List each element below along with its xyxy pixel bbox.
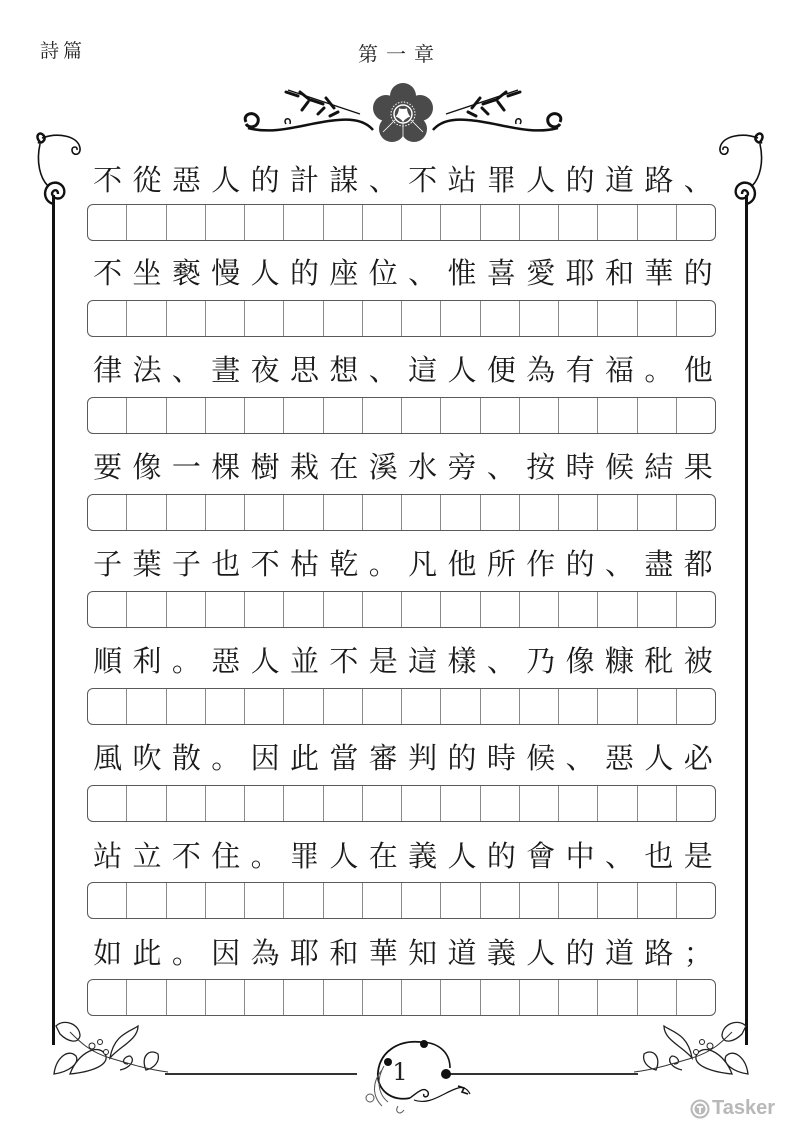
scripture-char: 罪	[482, 160, 521, 200]
scripture-char: 子	[88, 544, 127, 584]
scripture-char: 人	[442, 836, 481, 876]
writing-grid-cell[interactable]	[677, 495, 715, 530]
writing-grid-cell[interactable]	[88, 883, 127, 918]
writing-grid-cell[interactable]	[363, 592, 402, 627]
writing-grid-cell[interactable]	[363, 301, 402, 336]
writing-grid-cell[interactable]	[88, 592, 127, 627]
scripture-char: 此	[285, 738, 324, 778]
writing-grid-cell[interactable]	[284, 592, 323, 627]
writing-grid-cell[interactable]	[481, 205, 520, 240]
writing-grid-cell[interactable]	[88, 495, 127, 530]
writing-grid-cell[interactable]	[441, 786, 480, 821]
scripture-char: 謀	[324, 160, 363, 200]
writing-grid-cell[interactable]	[559, 980, 598, 1015]
writing-grid-cell[interactable]	[598, 786, 637, 821]
writing-grid-cell[interactable]	[88, 980, 127, 1015]
writing-grid-cell[interactable]	[677, 398, 715, 433]
writing-grid-cell[interactable]	[677, 980, 715, 1015]
writing-grid-cell[interactable]	[206, 592, 245, 627]
writing-grid-cell[interactable]	[127, 205, 166, 240]
scripture-char: 、	[600, 544, 639, 584]
scripture-char: 想	[324, 350, 363, 390]
writing-grid-cell[interactable]	[127, 301, 166, 336]
scripture-char: 位	[364, 253, 403, 293]
scripture-char: 的	[482, 836, 521, 876]
writing-grid-cell[interactable]	[481, 495, 520, 530]
scripture-char: 、	[561, 738, 600, 778]
writing-grid-row[interactable]	[87, 688, 716, 725]
writing-grid-cell[interactable]	[598, 592, 637, 627]
scripture-char: 盡	[639, 544, 678, 584]
scroll-swirl-icon	[28, 128, 88, 208]
scripture-char: 計	[285, 160, 324, 200]
scripture-char: 的	[561, 933, 600, 973]
scripture-char: 愛	[521, 253, 560, 293]
scripture-char: 糠	[600, 641, 639, 681]
scripture-char: 順	[88, 641, 127, 681]
scripture-char: 人	[521, 933, 560, 973]
writing-grid-cell[interactable]	[520, 495, 559, 530]
page-number: 1	[370, 1058, 430, 1086]
scripture-line: 律法、晝夜思想、這人便為有福。他	[88, 350, 718, 390]
scripture-char: 有	[561, 350, 600, 390]
writing-grid-cell[interactable]	[167, 980, 206, 1015]
writing-grid-cell[interactable]	[598, 689, 637, 724]
scripture-char: 人	[246, 253, 285, 293]
writing-grid-cell[interactable]	[363, 398, 402, 433]
writing-grid-cell[interactable]	[481, 883, 520, 918]
scripture-char: 因	[206, 933, 245, 973]
writing-grid-cell[interactable]	[88, 205, 127, 240]
writing-grid-cell[interactable]	[363, 786, 402, 821]
writing-grid-cell[interactable]	[363, 495, 402, 530]
writing-grid-row[interactable]	[87, 397, 716, 434]
scripture-char: 、	[679, 160, 718, 200]
scripture-char: 知	[403, 933, 442, 973]
writing-grid-cell[interactable]	[638, 398, 677, 433]
scripture-char: 和	[600, 253, 639, 293]
scripture-char: 子	[167, 544, 206, 584]
scripture-char: 此	[127, 933, 166, 973]
chapter-title: 第一章	[0, 38, 800, 67]
scripture-char: 在	[364, 836, 403, 876]
writing-grid-cell[interactable]	[245, 495, 284, 530]
scripture-char: 凡	[403, 544, 442, 584]
scripture-char: 乃	[521, 641, 560, 681]
scripture-char: 不	[88, 160, 127, 200]
writing-grid-cell[interactable]	[363, 689, 402, 724]
scripture-char: 褻	[167, 253, 206, 293]
writing-grid-cell[interactable]	[206, 301, 245, 336]
writing-grid-cell[interactable]	[441, 592, 480, 627]
writing-grid-cell[interactable]	[481, 689, 520, 724]
writing-grid-cell[interactable]	[363, 205, 402, 240]
writing-grid-row[interactable]	[87, 785, 716, 822]
scripture-char: 枯	[285, 544, 324, 584]
writing-grid-cell[interactable]	[441, 980, 480, 1015]
frame-bottom-left-line	[165, 1073, 357, 1075]
writing-grid-cell[interactable]	[402, 398, 441, 433]
writing-grid-cell[interactable]	[402, 301, 441, 336]
writing-grid-cell[interactable]	[520, 883, 559, 918]
leaf-flourish-icon	[632, 1012, 752, 1082]
writing-grid-cell[interactable]	[441, 883, 480, 918]
writing-grid-cell[interactable]	[677, 592, 715, 627]
writing-grid-cell[interactable]	[481, 980, 520, 1015]
writing-grid-cell[interactable]	[481, 398, 520, 433]
scripture-char: 不	[167, 836, 206, 876]
scripture-char: 也	[639, 836, 678, 876]
writing-grid-cell[interactable]	[324, 980, 363, 1015]
scripture-char: 義	[482, 933, 521, 973]
scripture-char: 座	[324, 253, 363, 293]
writing-grid-cell[interactable]	[167, 495, 206, 530]
scripture-char: 惡	[206, 641, 245, 681]
writing-grid-cell[interactable]	[520, 301, 559, 336]
scripture-char: 、	[167, 350, 206, 390]
writing-grid-cell[interactable]	[88, 786, 127, 821]
scripture-char: 、	[364, 160, 403, 200]
writing-grid-cell[interactable]	[402, 205, 441, 240]
scripture-char: 為	[521, 350, 560, 390]
scripture-char: 葉	[127, 544, 166, 584]
scripture-char: 都	[679, 544, 718, 584]
writing-grid-cell[interactable]	[402, 980, 441, 1015]
scripture-char: 秕	[639, 641, 678, 681]
writing-grid-cell[interactable]	[284, 398, 323, 433]
writing-grid-cell[interactable]	[402, 883, 441, 918]
writing-grid-cell[interactable]	[206, 398, 245, 433]
writing-grid-cell[interactable]	[441, 689, 480, 724]
writing-grid-cell[interactable]	[638, 495, 677, 530]
scripture-char: 候	[521, 738, 560, 778]
scripture-char: 必	[679, 738, 718, 778]
scripture-char: 人	[639, 738, 678, 778]
writing-grid-row[interactable]	[87, 494, 716, 531]
writing-grid-cell[interactable]	[245, 592, 284, 627]
scripture-char: 路	[639, 160, 678, 200]
writing-grid-cell[interactable]	[206, 689, 245, 724]
writing-grid-cell[interactable]	[324, 786, 363, 821]
writing-grid-cell[interactable]	[638, 205, 677, 240]
scripture-char: 判	[403, 738, 442, 778]
scripture-char: 喜	[482, 253, 521, 293]
watermark-text: Tasker	[712, 1097, 775, 1120]
writing-grid-cell[interactable]	[598, 205, 637, 240]
writing-grid-cell[interactable]	[245, 205, 284, 240]
writing-grid-cell[interactable]	[638, 689, 677, 724]
writing-grid-cell[interactable]	[284, 883, 323, 918]
scripture-char: 散	[167, 738, 206, 778]
writing-grid-cell[interactable]	[363, 883, 402, 918]
writing-grid-cell[interactable]	[167, 205, 206, 240]
scripture-char: 所	[482, 544, 521, 584]
writing-grid-cell[interactable]	[559, 689, 598, 724]
writing-grid-row[interactable]	[87, 300, 716, 337]
scripture-char: 像	[561, 641, 600, 681]
writing-grid-cell[interactable]	[127, 495, 166, 530]
scripture-char: 的	[442, 738, 481, 778]
scripture-char: 站	[442, 160, 481, 200]
scripture-char: 一	[167, 447, 206, 487]
scripture-char: 當	[324, 738, 363, 778]
writing-grid-cell[interactable]	[127, 398, 166, 433]
scripture-char: 不	[88, 253, 127, 293]
writing-grid-cell[interactable]	[441, 398, 480, 433]
writing-grid-cell[interactable]	[88, 689, 127, 724]
scripture-char: 華	[364, 933, 403, 973]
scripture-char: 時	[561, 447, 600, 487]
scripture-char: 果	[679, 447, 718, 487]
writing-grid-cell[interactable]	[402, 786, 441, 821]
scripture-line: 要像一棵樹栽在溪水旁、按時候結果	[88, 447, 718, 487]
scripture-char: 耶	[561, 253, 600, 293]
writing-grid-cell[interactable]	[206, 883, 245, 918]
scripture-char: 從	[127, 160, 166, 200]
writing-grid-cell[interactable]	[677, 689, 715, 724]
scripture-char: 、	[482, 641, 521, 681]
scripture-char: 利	[127, 641, 166, 681]
scripture-char: 如	[88, 933, 127, 973]
writing-grid-cell[interactable]	[402, 495, 441, 530]
scripture-char: 像	[127, 447, 166, 487]
writing-grid-cell[interactable]	[441, 301, 480, 336]
scripture-char: 人	[521, 160, 560, 200]
scripture-char: 。	[364, 544, 403, 584]
writing-grid-cell[interactable]	[206, 786, 245, 821]
scripture-line: 子葉子也不枯乾。凡他所作的、盡都	[88, 544, 718, 584]
scripture-char: 樹	[246, 447, 285, 487]
writing-grid-cell[interactable]	[520, 786, 559, 821]
scripture-char: 便	[482, 350, 521, 390]
writing-grid-cell[interactable]	[206, 980, 245, 1015]
writing-grid-cell[interactable]	[284, 689, 323, 724]
scripture-char: 為	[246, 933, 285, 973]
writing-grid-cell[interactable]	[638, 786, 677, 821]
writing-grid-cell[interactable]	[324, 592, 363, 627]
writing-grid-cell[interactable]	[245, 980, 284, 1015]
scripture-char: 思	[285, 350, 324, 390]
scripture-char: 法	[127, 350, 166, 390]
writing-grid-cell[interactable]	[481, 301, 520, 336]
scripture-char: 不	[403, 160, 442, 200]
writing-grid-cell[interactable]	[598, 301, 637, 336]
writing-grid-cell[interactable]	[88, 301, 127, 336]
writing-grid-cell[interactable]	[127, 883, 166, 918]
writing-grid-cell[interactable]	[481, 592, 520, 627]
writing-grid-cell[interactable]	[677, 786, 715, 821]
scripture-char: ；	[679, 933, 718, 973]
writing-grid-cell[interactable]	[559, 592, 598, 627]
scripture-char: 人	[442, 350, 481, 390]
writing-grid-cell[interactable]	[245, 398, 284, 433]
writing-grid-cell[interactable]	[245, 689, 284, 724]
writing-grid-cell[interactable]	[559, 495, 598, 530]
writing-grid-cell[interactable]	[324, 883, 363, 918]
scripture-char: 道	[442, 933, 481, 973]
scripture-char: 的	[679, 253, 718, 293]
writing-grid-cell[interactable]	[284, 980, 323, 1015]
writing-grid-cell[interactable]	[88, 398, 127, 433]
writing-grid-cell[interactable]	[324, 301, 363, 336]
scripture-char: 也	[206, 544, 245, 584]
writing-grid-cell[interactable]	[206, 495, 245, 530]
writing-grid-cell[interactable]	[520, 980, 559, 1015]
scripture-char: 栽	[285, 447, 324, 487]
writing-grid-row[interactable]	[87, 591, 716, 628]
scripture-char: 夜	[246, 350, 285, 390]
writing-grid-cell[interactable]	[206, 205, 245, 240]
scripture-char: 。	[167, 933, 206, 973]
scripture-char: 審	[364, 738, 403, 778]
scripture-char: 要	[88, 447, 127, 487]
scripture-char: 因	[246, 738, 285, 778]
scripture-char: 、	[403, 253, 442, 293]
writing-grid-cell[interactable]	[559, 786, 598, 821]
writing-grid-cell[interactable]	[167, 883, 206, 918]
scripture-char: 惟	[442, 253, 481, 293]
scripture-char: 被	[679, 641, 718, 681]
scripture-char: 旁	[442, 447, 481, 487]
scripture-char: 。	[639, 350, 678, 390]
writing-grid-cell[interactable]	[520, 689, 559, 724]
scripture-char: 樣	[442, 641, 481, 681]
writing-grid-cell[interactable]	[677, 883, 715, 918]
scripture-char: 作	[521, 544, 560, 584]
scripture-char: 慢	[206, 253, 245, 293]
writing-grid-cell[interactable]	[167, 301, 206, 336]
scripture-line: 風吹散。因此當審判的時候、惡人必	[88, 738, 718, 778]
scripture-char: 和	[324, 933, 363, 973]
writing-grid-cell[interactable]	[559, 398, 598, 433]
scripture-char: 候	[600, 447, 639, 487]
writing-grid-cell[interactable]	[559, 883, 598, 918]
writing-grid-cell[interactable]	[284, 205, 323, 240]
scripture-char: 道	[600, 933, 639, 973]
writing-grid-cell[interactable]	[638, 592, 677, 627]
scripture-char: 晝	[206, 350, 245, 390]
writing-grid-cell[interactable]	[245, 301, 284, 336]
scripture-char: 、	[482, 447, 521, 487]
writing-grid-cell[interactable]	[638, 883, 677, 918]
writing-grid-cell[interactable]	[402, 592, 441, 627]
writing-grid-cell[interactable]	[127, 592, 166, 627]
writing-grid-cell[interactable]	[598, 883, 637, 918]
writing-grid-cell[interactable]	[402, 689, 441, 724]
writing-grid-cell[interactable]	[324, 398, 363, 433]
scripture-char: 水	[403, 447, 442, 487]
writing-grid-cell[interactable]	[520, 592, 559, 627]
flower-with-vines-icon	[238, 78, 568, 148]
scripture-char: 華	[639, 253, 678, 293]
scripture-char: 道	[600, 160, 639, 200]
writing-grid-cell[interactable]	[520, 205, 559, 240]
writing-grid-row[interactable]	[87, 204, 716, 241]
scripture-char: 按	[521, 447, 560, 487]
scripture-char: 人	[324, 836, 363, 876]
writing-grid-cell[interactable]	[324, 689, 363, 724]
writing-grid-cell[interactable]	[677, 205, 715, 240]
scripture-char: 的	[246, 160, 285, 200]
writing-grid-cell[interactable]	[481, 786, 520, 821]
writing-grid-cell[interactable]	[598, 495, 637, 530]
scripture-char: 立	[127, 836, 166, 876]
writing-grid-cell[interactable]	[127, 786, 166, 821]
scripture-char: 這	[403, 350, 442, 390]
scripture-char: 溪	[364, 447, 403, 487]
scripture-char: 、	[600, 836, 639, 876]
scripture-char: 惡	[167, 160, 206, 200]
scripture-line: 如此。因為耶和華知道義人的道路；	[88, 933, 718, 973]
scripture-char: 福	[600, 350, 639, 390]
writing-grid-cell[interactable]	[598, 398, 637, 433]
writing-grid-row[interactable]	[87, 979, 716, 1016]
writing-grid-cell[interactable]	[638, 301, 677, 336]
writing-grid-cell[interactable]	[559, 301, 598, 336]
writing-grid-cell[interactable]	[245, 883, 284, 918]
writing-grid-cell[interactable]	[167, 398, 206, 433]
scripture-line: 不坐褻慢人的座位、惟喜愛耶和華的	[88, 253, 718, 293]
writing-grid-cell[interactable]	[638, 980, 677, 1015]
tasker-logo-icon	[690, 1099, 710, 1119]
writing-grid-cell[interactable]	[559, 205, 598, 240]
writing-grid-cell[interactable]	[284, 495, 323, 530]
scripture-char: 的	[285, 253, 324, 293]
leaf-flourish-icon	[50, 1012, 170, 1082]
writing-grid-cell[interactable]	[363, 980, 402, 1015]
scripture-char: 在	[324, 447, 363, 487]
writing-grid-cell[interactable]	[127, 689, 166, 724]
scripture-char: 惡	[600, 738, 639, 778]
scripture-char: 律	[88, 350, 127, 390]
writing-grid-cell[interactable]	[167, 689, 206, 724]
scripture-char: 棵	[206, 447, 245, 487]
scripture-char: 並	[285, 641, 324, 681]
scripture-char: 。	[167, 641, 206, 681]
scripture-char: 人	[206, 160, 245, 200]
scripture-char: 站	[88, 836, 127, 876]
scripture-char: 坐	[127, 253, 166, 293]
scripture-char: 結	[639, 447, 678, 487]
scripture-line: 順利。惡人並不是這樣、乃像糠秕被	[88, 641, 718, 681]
writing-grid-cell[interactable]	[245, 786, 284, 821]
scripture-char: 人	[246, 641, 285, 681]
scripture-char: 不	[324, 641, 363, 681]
scripture-char: 是	[679, 836, 718, 876]
scripture-char: 不	[246, 544, 285, 584]
writing-grid-cell[interactable]	[520, 398, 559, 433]
writing-grid-cell[interactable]	[677, 301, 715, 336]
writing-grid-cell[interactable]	[127, 980, 166, 1015]
writing-grid-cell[interactable]	[284, 786, 323, 821]
writing-grid-cell[interactable]	[441, 205, 480, 240]
writing-grid-row[interactable]	[87, 882, 716, 919]
scripture-char: 中	[561, 836, 600, 876]
writing-grid-cell[interactable]	[167, 786, 206, 821]
writing-grid-cell[interactable]	[441, 495, 480, 530]
writing-grid-cell[interactable]	[324, 205, 363, 240]
writing-grid-cell[interactable]	[284, 301, 323, 336]
scripture-char: 路	[639, 933, 678, 973]
scripture-char: 、	[364, 350, 403, 390]
writing-grid-cell[interactable]	[167, 592, 206, 627]
scripture-line: 站立不住。罪人在義人的會中、也是	[88, 836, 718, 876]
frame-right-border	[745, 195, 748, 1045]
writing-grid-cell[interactable]	[324, 495, 363, 530]
scripture-char: 風	[88, 738, 127, 778]
writing-grid-cell[interactable]	[598, 980, 637, 1015]
scripture-line: 不從惡人的計謀、不站罪人的道路、	[88, 160, 718, 200]
